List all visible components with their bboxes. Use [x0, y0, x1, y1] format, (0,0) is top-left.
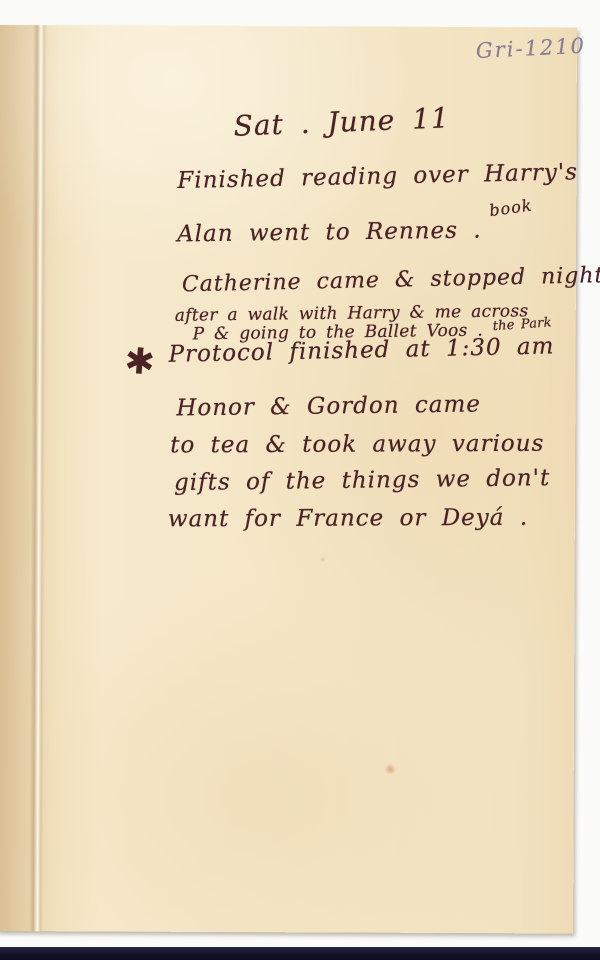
entry-line-gifts: gifts of the things we don't: [174, 465, 551, 496]
inserted-word-book: book: [488, 195, 533, 220]
entry-line-finished-reading: Finished reading over Harry's: [177, 159, 578, 194]
scanner-bed-band: [0, 947, 600, 960]
foxing-spot-small: [320, 556, 326, 562]
inserted-words-the-park: the Park: [492, 315, 552, 334]
entry-line-catherine: Catherine came & stopped night: [182, 263, 600, 297]
margin-asterisk: ✱: [123, 341, 156, 384]
paper-sheet: Gri-1210 Sat . June 11 Finished reading …: [0, 25, 577, 934]
entry-line-honor-gordon: Honor & Gordon came: [176, 391, 481, 421]
entry-line-want-france: want for France or Deyá .: [168, 505, 528, 533]
scanned-diary-page: Gri-1210 Sat . June 11 Finished reading …: [0, 0, 600, 960]
foxing-spot: [385, 764, 396, 775]
entry-line-to-tea: to tea & took away various: [170, 431, 544, 459]
date-heading: Sat . June 11: [233, 101, 450, 142]
catalog-mark: Gri-1210: [475, 34, 586, 63]
entry-line-alan-rennes: Alan went to Rennes .: [177, 217, 482, 247]
